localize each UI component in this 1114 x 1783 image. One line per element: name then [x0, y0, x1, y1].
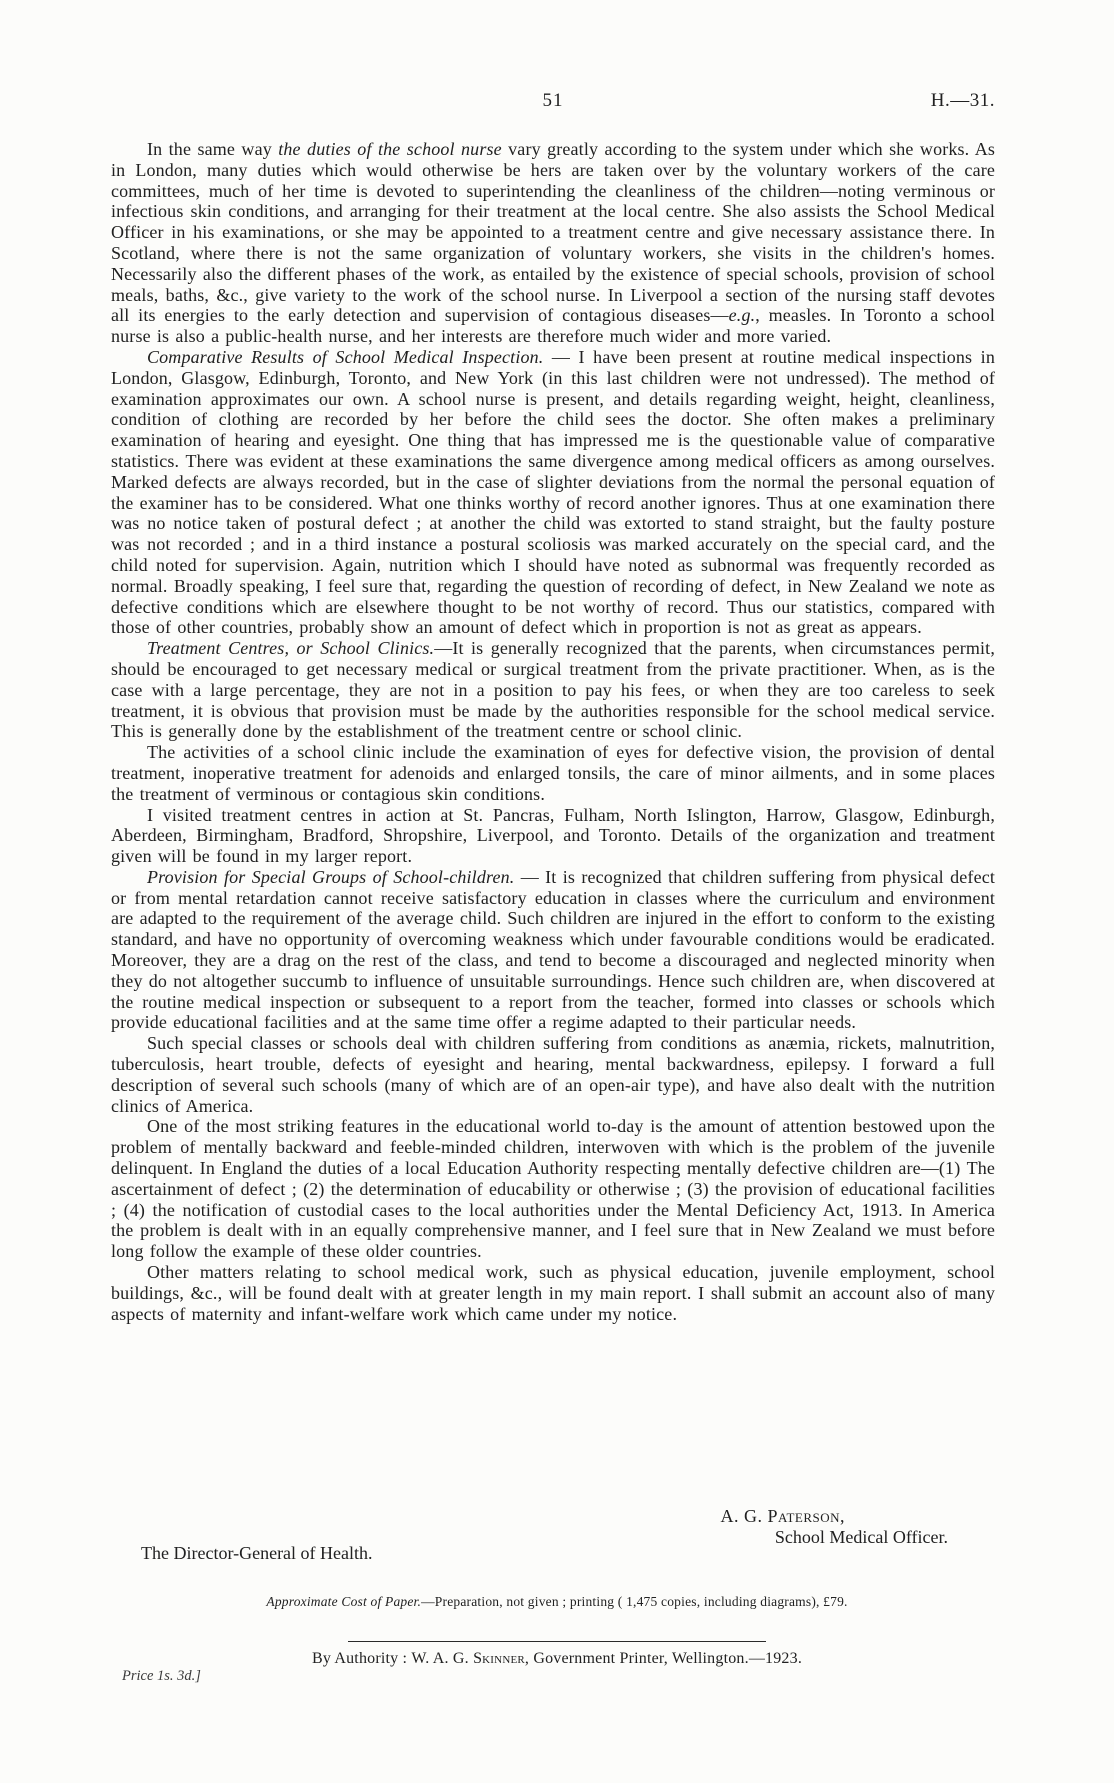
text-run: — It is recognized that children sufferi…: [111, 867, 995, 1033]
text-run: Such special classes or schools deal wit…: [111, 1033, 995, 1115]
paragraph: I visited treatment centres in action at…: [111, 805, 995, 867]
body-text: In the same way the duties of the school…: [111, 139, 995, 1324]
paragraph: Other matters relating to school medical…: [111, 1262, 995, 1324]
footer-divider: [348, 1641, 766, 1642]
paragraph: Such special classes or schools deal wit…: [111, 1033, 995, 1116]
text-run: The activities of a school clinic includ…: [111, 742, 995, 804]
document-page: 51 H.—31. In the same way the duties of …: [0, 0, 1114, 1783]
authority-imprint: By Authority : W. A. G. Skinner, Governm…: [0, 1650, 1114, 1668]
text-run: , Government Printer, Wellington.—1923.: [525, 1650, 802, 1667]
text-run: — I have been present at routine medical…: [111, 347, 995, 637]
italic-text-run: the duties of the school nurse: [278, 139, 502, 159]
paragraph: One of the most striking features in the…: [111, 1116, 995, 1262]
paragraph: Provision for Special Groups of School-c…: [111, 867, 995, 1033]
signature-block: A. G. Paterson, School Medical Officer. …: [111, 1506, 995, 1564]
text-run: —Preparation, not given ; printing ( 1,4…: [421, 1594, 848, 1609]
italic-text-run: Treatment Centres, or School Clinics.: [147, 638, 434, 658]
paragraph: Treatment Centres, or School Clinics.—It…: [111, 638, 995, 742]
paragraph: The activities of a school clinic includ…: [111, 742, 995, 804]
document-reference: H.—31.: [931, 90, 995, 112]
page-header: 51 H.—31.: [111, 90, 995, 114]
italic-text-run: e.g.: [729, 305, 756, 325]
paragraph: In the same way the duties of the school…: [111, 139, 995, 347]
paragraph: Comparative Results of School Medical In…: [111, 347, 995, 638]
text-run: Other matters relating to school medical…: [111, 1262, 995, 1324]
italic-text-run: Approximate Cost of Paper.: [266, 1594, 421, 1609]
italic-text-run: Provision for Special Groups of School-c…: [147, 867, 514, 887]
page-number: 51: [543, 90, 564, 112]
signatory-name: A. G. Paterson,: [111, 1506, 995, 1527]
text-run: vary greatly according to the system und…: [111, 139, 995, 325]
text-run: W. A. G. Skinner: [411, 1650, 525, 1667]
text-run: In the same way: [147, 139, 278, 159]
price-note: Price 1s. 3d.]: [122, 1668, 201, 1685]
cost-of-paper-note: Approximate Cost of Paper.—Preparation, …: [0, 1594, 1114, 1610]
italic-text-run: Comparative Results of School Medical In…: [147, 347, 543, 367]
text-run: By Authority :: [312, 1650, 411, 1667]
text-run: One of the most striking features in the…: [111, 1116, 995, 1261]
text-run: I visited treatment centres in action at…: [111, 805, 995, 867]
